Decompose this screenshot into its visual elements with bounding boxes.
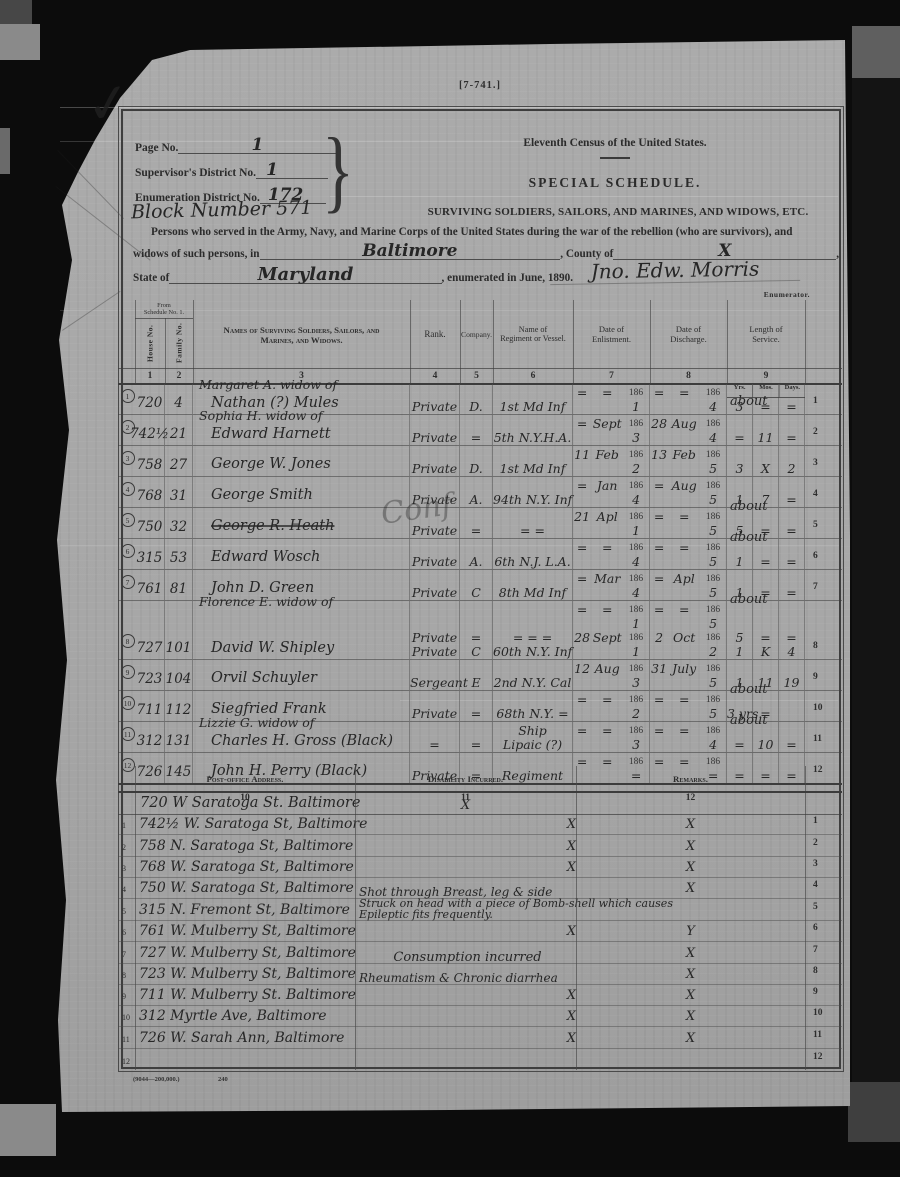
cell-regiment: ShipLipaic (?) [493, 722, 573, 752]
disability-cell: X [355, 814, 576, 834]
name-cell: Orvil Schuyler [193, 660, 410, 690]
schedule-title: SPECIAL SCHEDULE. [390, 175, 840, 191]
year-digit: 4 [700, 738, 726, 752]
discharge-stack: ==1865 [650, 539, 726, 571]
col-header-remarks: Remarks. [576, 766, 805, 792]
address-numrow-line [118, 814, 842, 815]
cell-regiment: 94th N.Y. Inf [493, 477, 573, 507]
date-month: Feb [668, 448, 700, 476]
soldier-name: George Smith [211, 487, 313, 503]
enlistment-line: 11Feb1862 [573, 448, 649, 476]
days-stack: = [779, 722, 804, 754]
col-header-family: Family No. [165, 318, 193, 368]
soldier-name: David W. Shipley [211, 640, 334, 656]
date-month: = [668, 693, 700, 721]
cell-rank: = [410, 722, 460, 752]
soldiers-table: FromSchedule No. 1.House No.Family No.Na… [118, 300, 842, 766]
days-stack: = [779, 508, 804, 540]
house-no-value: 711 [137, 702, 163, 718]
soldier-name: Charles H. Gross (Black) [211, 733, 393, 749]
supervisor-district-value: 1 [266, 160, 278, 180]
address-row: 6761 W. Mulberry St, BaltimoreXY6 [118, 921, 842, 942]
months-value: = [753, 631, 778, 645]
cell-discharge: 31July1865 [650, 660, 727, 690]
printed-year-prefix: 186 [623, 693, 649, 707]
years-stack: 3 [727, 446, 752, 478]
house-no-cell: 742½ [135, 415, 165, 445]
cell-company: C [460, 570, 493, 600]
col-header-address: Post-office Address. [135, 766, 355, 792]
printed-year-prefix: 186 [700, 510, 726, 524]
years-stack: = [727, 415, 752, 447]
cell-enlistment: ==1864 [573, 539, 650, 569]
date-day: = [573, 724, 591, 752]
cell-rank: Private [410, 539, 460, 569]
row-number-circled: 10 [121, 696, 135, 710]
house-no-cell: 723 [135, 660, 165, 690]
about-annotation: about [730, 394, 768, 409]
date-day: = [573, 541, 591, 569]
disability-cell: X [355, 1027, 576, 1047]
year-digit: 4 [623, 586, 649, 600]
column-number: 4 [410, 368, 460, 383]
date-month: Aug [591, 662, 623, 690]
family-no-cell: 53 [165, 539, 193, 569]
family-no-cell: 32 [165, 508, 193, 538]
census-schedule-page: ✓ [7-741.] Page No. 1 Supervisor's Distr… [0, 0, 900, 1177]
disability-value: Consumption incurred [355, 952, 576, 963]
house-no-value: 315 [137, 550, 163, 566]
cell-regiment: 8th Md Inf [493, 570, 573, 600]
state-label: State of [133, 272, 169, 284]
disability-stack: Struck on head with a piece of Bomb-shel… [355, 899, 576, 920]
row-number-left-cell: 7 [118, 570, 135, 600]
date-day: = [650, 541, 668, 569]
regiment-stack: 5th N.Y.H.A. [493, 415, 572, 447]
date-day: = [650, 479, 668, 507]
from-schedule-note: FromSchedule No. 1. [135, 301, 193, 317]
footer-print-code: (9044—200,000.) [133, 1076, 180, 1083]
printed-year-prefix: 186 [623, 448, 649, 462]
date-day: 31 [650, 662, 668, 690]
months-value: K [753, 645, 778, 659]
address-row: 8723 W. Mulberry St, BaltimoreRheumatism… [118, 964, 842, 985]
regiment-stack: 94th N.Y. Inf [493, 477, 572, 509]
supervisor-district-blank: 1 [256, 163, 328, 179]
row-number-left: 6 [118, 928, 135, 941]
remarks-value: X [686, 1009, 695, 1026]
discharge-stack: ==1864 [650, 722, 726, 754]
days-stack: 2 [779, 446, 804, 478]
date-day: 2 [650, 631, 668, 659]
printed-year-prefix: 186 [623, 417, 649, 431]
house-no-value: 312 [137, 733, 163, 749]
disability-stack: X [355, 985, 576, 1007]
date-month: = [668, 510, 700, 538]
family-no-cell: 101 [165, 601, 193, 659]
date-year: 1865 [700, 572, 726, 600]
header-line: Enlistment. [592, 334, 631, 344]
enlistment-line: 28Sept1861 [573, 631, 649, 659]
year-digit: 1 [623, 645, 649, 659]
disability-cell: Consumption incurred [355, 942, 576, 962]
address-row: 2758 N. Saratoga St, BaltimoreXX2 [118, 835, 842, 856]
page-no-label: Page No. [135, 142, 178, 154]
days-value: 2 [779, 462, 804, 476]
days-stack [779, 691, 804, 723]
row-number-right: 10 [805, 703, 842, 721]
header-line: From [157, 302, 171, 309]
row-number-circled: 5 [121, 513, 135, 527]
company-stack: = [460, 722, 492, 754]
address-value [135, 1068, 355, 1070]
row-number-right: 8 [805, 966, 842, 984]
company-stack: A. [460, 477, 492, 509]
printed-year-prefix: 186 [623, 724, 649, 738]
year-digit: 5 [700, 555, 726, 569]
soldier-name: Orvil Schuyler [211, 670, 317, 686]
date-year: 1862 [623, 448, 649, 476]
row-number-circled: 9 [121, 665, 135, 679]
preamble-line2-prefix: widows of such persons, in [133, 248, 260, 260]
header-line: Service. [752, 334, 780, 344]
header-line: Names of Surviving Soldiers, Sailors, an… [224, 325, 380, 335]
months-stack: =K [753, 601, 778, 661]
date-year: 1863 [623, 417, 649, 445]
company-value: = [460, 524, 492, 538]
date-year: 1864 [623, 572, 649, 600]
months-value: X [753, 462, 778, 476]
date-month: = [668, 541, 700, 569]
cell-days: = [779, 415, 805, 445]
date-year: 1862 [700, 631, 726, 659]
column-number: 5 [460, 368, 493, 383]
months-stack: X [753, 446, 778, 478]
cell-rank: Private [410, 384, 460, 414]
enlistment-stack: =Sept1863 [573, 415, 649, 447]
family-no-cell: 21 [165, 415, 193, 445]
page-no-value: 1 [252, 135, 264, 155]
header-line: Schedule No. 1. [144, 309, 184, 316]
days-value: = [779, 738, 804, 752]
disability-cell: X [355, 1006, 576, 1026]
rank-value: Private [410, 400, 459, 414]
remarks-cell: X [576, 835, 805, 855]
row-number-left-cell: 6 [118, 539, 135, 569]
printed-year-prefix: 186 [700, 724, 726, 738]
rank-value: Private [410, 707, 459, 721]
family-no-value: 31 [170, 488, 187, 504]
printed-year-prefix: 186 [700, 693, 726, 707]
date-day: 21 [573, 510, 591, 538]
rank-stack: Private [410, 415, 459, 447]
address-value: 711 W. Mulberry St. Baltimore [135, 987, 355, 1005]
years-value: 1 [727, 555, 752, 569]
house-no-value: 742½ [130, 426, 169, 442]
row-number-right: 3 [805, 458, 842, 476]
discharge-line: 28Aug1864 [650, 417, 726, 445]
cell-company: =C [460, 601, 493, 659]
regiment-stack: 68th N.Y. = [493, 691, 572, 723]
row-number-right: 11 [805, 734, 842, 752]
enlistment-stack: 21Apl1861 [573, 508, 649, 540]
cell-days: 2 [779, 446, 805, 476]
cell-discharge: ==1865 [650, 508, 727, 538]
disability-stack: X [355, 857, 576, 879]
company-stack: = [460, 415, 492, 447]
row-number-circled: 3 [121, 451, 135, 465]
date-day: = [573, 479, 591, 507]
remarks-cell: X [576, 1006, 805, 1026]
row-number-right: 6 [805, 923, 842, 941]
supervisor-district-field: Supervisor's District No. 1 [135, 163, 328, 179]
disability-value: X [567, 861, 576, 877]
house-no-value: 758 [137, 457, 163, 473]
disability-value: X [567, 1010, 576, 1026]
row-number-left-cell: 10 [118, 691, 135, 721]
brace-glyph: } [322, 124, 354, 216]
title-rule [600, 157, 630, 159]
regiment-value: Ship [493, 724, 572, 738]
year-digit: 3 [623, 431, 649, 445]
date-month: Apl [591, 510, 623, 538]
date-day: = [573, 603, 591, 631]
state-value: Maryland [258, 264, 354, 285]
soldiers-table-body: 17204Margaret A. widow ofNathan (?) Mule… [118, 384, 842, 766]
row-number-right: 6 [805, 551, 842, 569]
remarks-value: X [686, 839, 695, 856]
state-blank: Maryland [169, 268, 441, 284]
cell-days: 19 [779, 660, 805, 690]
cell-regiment: = = =60th N.Y. Inf [493, 601, 573, 659]
schedule-subtitle: SURVIVING SOLDIERS, SAILORS, AND MARINES… [398, 206, 838, 218]
disability-value: Epileptic fits frequently. [355, 910, 576, 921]
row-number-left: 7 [118, 950, 135, 963]
year-digit: 2 [623, 462, 649, 476]
soldier-row: 11312131Lizzie G. widow ofCharles H. Gro… [118, 722, 842, 753]
city-value: Baltimore [362, 241, 457, 261]
supervisor-district-label: Supervisor's District No. [135, 167, 256, 179]
family-no-value: 32 [170, 519, 187, 535]
family-no-value: 4 [174, 395, 183, 411]
disability-value: X [355, 798, 576, 813]
row-number-left: 8 [118, 971, 135, 984]
about-annotation: about [730, 682, 768, 697]
col-header-enlistment: Date ofEnlistment. [573, 300, 650, 368]
discharge-line: =Aug1865 [650, 479, 726, 507]
company-stack: A. [460, 539, 492, 571]
enlistment-line: =Mar1864 [573, 572, 649, 600]
row-number-left: 3 [118, 864, 135, 877]
date-day: = [650, 386, 668, 414]
remarks-cell: X [576, 1027, 805, 1047]
disability-value: X [567, 1032, 576, 1048]
family-no-value: 27 [170, 457, 187, 473]
company-value: C [460, 586, 492, 600]
date-year: 1863 [623, 662, 649, 690]
year-digit: 5 [700, 586, 726, 600]
widow-of-line: Florence E. widow of [199, 594, 333, 609]
enlistment-stack: 11Feb1862 [573, 446, 649, 478]
enlistment-stack: ==1864 [573, 539, 649, 571]
row-number-left-cell: 8 [118, 601, 135, 659]
company-value: C [460, 645, 492, 659]
printed-year-prefix: 186 [700, 631, 726, 645]
date-day: = [650, 693, 668, 721]
column-number: 1 [135, 368, 165, 383]
year-digit: 5 [700, 524, 726, 538]
days-value: = [779, 631, 804, 645]
header-line: Discharge. [670, 334, 706, 344]
house-no-cell: 727 [135, 601, 165, 659]
date-day: 28 [573, 631, 591, 659]
rank-stack: Private [410, 539, 459, 571]
enlistment-line: 21Apl1861 [573, 510, 649, 538]
discharge-line: ==1864 [650, 724, 726, 752]
remarks-cell: Y [576, 921, 805, 941]
remarks-value: X [686, 967, 695, 984]
date-month: = [591, 541, 623, 569]
company-value: D. [460, 400, 492, 414]
family-no-cell: 31 [165, 477, 193, 507]
family-no-value: 53 [170, 550, 187, 566]
disability-stack: X [355, 835, 576, 857]
enlistment-stack: =Mar1864 [573, 570, 649, 602]
printed-year-prefix: 186 [700, 603, 726, 617]
enlistment-line: =Jan1864 [573, 479, 649, 507]
soldier-name: Edward Wosch [211, 549, 320, 565]
header-line: House No. [146, 324, 155, 361]
cell-rank: Private [410, 570, 460, 600]
discharge-line: =Apl1865 [650, 572, 726, 600]
widow-of-line: Sophia H. widow of [199, 408, 322, 423]
cell-regiment: 68th N.Y. = [493, 691, 573, 721]
years-stack: 51 [727, 601, 752, 661]
year-digit: 1 [623, 524, 649, 538]
date-day: = [650, 603, 668, 631]
cell-company: D. [460, 446, 493, 476]
house-no-value: 750 [137, 519, 163, 535]
year-digit: 4 [700, 431, 726, 445]
disability-stack: Shot through Breast, leg & side [355, 878, 576, 898]
disability-cell [355, 1049, 576, 1070]
date-month: Aug [668, 479, 700, 507]
col-header-disability: Disability Incurred. [355, 766, 576, 792]
year-digit: 3 [623, 738, 649, 752]
soldier-row: 2742½21Sophia H. widow ofEdward HarnettP… [118, 415, 842, 446]
enlistment-line: ==1861 [573, 603, 649, 631]
row-number-right: 4 [805, 880, 842, 898]
regiment-value: 1st Md Inf [493, 462, 572, 476]
date-year: 1864 [700, 386, 726, 414]
printed-year-prefix: 186 [623, 662, 649, 676]
remarks-value: X [686, 881, 695, 898]
printed-year-prefix: 186 [700, 662, 726, 676]
header-grid-line [805, 300, 806, 384]
service-sub-label: Days. [780, 384, 805, 397]
disability-stack: X [355, 1006, 576, 1028]
printed-year-prefix: 186 [623, 603, 649, 617]
date-month: Mar [591, 572, 623, 600]
company-value: E [460, 676, 492, 690]
date-month: = [668, 724, 700, 752]
date-month: = [668, 603, 700, 631]
date-year: 1865 [700, 479, 726, 507]
disability-stack: X [355, 1027, 576, 1049]
address-row: 3768 W. Saratoga St, BaltimoreXX3 [118, 857, 842, 878]
name-cell: Florence E. widow ofDavid W. Shipley [193, 601, 410, 659]
discharge-stack: =Aug1865 [650, 477, 726, 509]
house-no-value: 727 [137, 640, 163, 656]
rank-stack: PrivatePrivate [410, 601, 459, 661]
address-table: Post-office Address.Disability Incurred.… [118, 766, 842, 1070]
disability-value: X [567, 840, 576, 856]
enlistment-stack: =Jan1864 [573, 477, 649, 509]
family-no-cell: 112 [165, 691, 193, 721]
row-number-right: 3 [805, 859, 842, 877]
cell-days: = [779, 539, 805, 569]
company-value: = [460, 738, 492, 752]
cell-enlistment: =Jan1864 [573, 477, 650, 507]
family-no-value: 112 [166, 702, 192, 718]
header-line: Name of [519, 325, 547, 334]
disability-cell: Rheumatism & Chronic diarrhea [355, 964, 576, 984]
date-month: = [591, 724, 623, 752]
company-stack: = [460, 508, 492, 540]
cell-discharge: =Aug1865 [650, 477, 727, 507]
soldier-name: George W. Jones [211, 456, 331, 472]
cell-discharge: ==1865 [650, 691, 727, 721]
cell-months: 11 [753, 415, 779, 445]
cell-regiment: 1st Md Inf [493, 446, 573, 476]
enlistment-stack: 12Aug1863 [573, 660, 649, 692]
regiment-stack: 1st Md Inf [493, 446, 572, 478]
cell-days: = [779, 722, 805, 752]
days-value: 4 [779, 645, 804, 659]
years-value: 1 [727, 645, 752, 659]
address-row: 9711 W. Mulberry St. BaltimoreXX9 [118, 985, 842, 1006]
date-month: Aug [668, 417, 700, 445]
enlistment-line: ==1863 [573, 724, 649, 752]
soldier-row: 8727101Florence E. widow ofDavid W. Ship… [118, 601, 842, 660]
cell-regiment: 2nd N.Y. Cal [493, 660, 573, 690]
address-grid-line [576, 766, 577, 1070]
date-day: 11 [573, 448, 591, 476]
col-header-company: Company. [460, 300, 493, 368]
header-line: Length of [749, 324, 782, 334]
cell-company: = [460, 722, 493, 752]
row-number-circled: 11 [121, 727, 135, 741]
discharge-stack: ==1865 [650, 508, 726, 540]
days-value: = [779, 400, 804, 414]
year-digit: 5 [700, 676, 726, 690]
days-value: = [779, 493, 804, 507]
cell-days: =4 [779, 601, 805, 659]
year-digit: 5 [700, 707, 726, 721]
scan-artifact [852, 26, 900, 78]
days-stack: 19 [779, 660, 804, 692]
cell-discharge: ==18652Oct1862 [650, 601, 727, 659]
date-year: 1861 [623, 603, 649, 631]
cell-days: = [779, 508, 805, 538]
scan-artifact [0, 24, 40, 60]
remarks-cell: X [576, 857, 805, 877]
regiment-value: 94th N.Y. Inf [493, 493, 572, 507]
months-value: 11 [753, 431, 778, 445]
months-stack: 11 [753, 415, 778, 447]
cell-enlistment: 12Aug1863 [573, 660, 650, 690]
rank-stack: Private [410, 384, 459, 416]
